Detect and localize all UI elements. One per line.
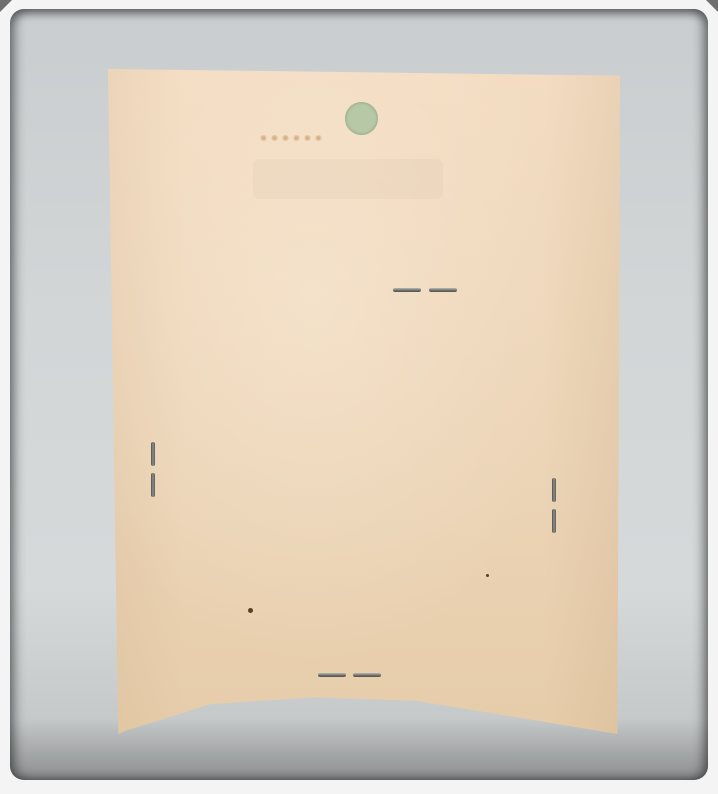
frame-corner-top-right: [706, 0, 718, 12]
photo-frame: [0, 0, 718, 794]
staple-right-upper: [552, 478, 556, 502]
staple-left-upper: [151, 442, 155, 466]
photo-backdrop: [10, 9, 708, 780]
staple-bottom-right: [353, 673, 381, 677]
hang-hole: [345, 102, 378, 135]
frame-corner-top-left: [0, 0, 12, 12]
cardboard-card-back: [108, 69, 620, 734]
staple-bottom-left: [318, 673, 346, 677]
staple-right-lower: [552, 509, 556, 533]
staple-top-left: [393, 288, 421, 292]
speck: [248, 608, 253, 613]
staple-left-lower: [151, 473, 155, 497]
stain-marks: [258, 135, 324, 141]
faint-bleed-through-print: [253, 159, 443, 199]
staple-top-right: [429, 288, 457, 292]
speck: [486, 574, 489, 577]
